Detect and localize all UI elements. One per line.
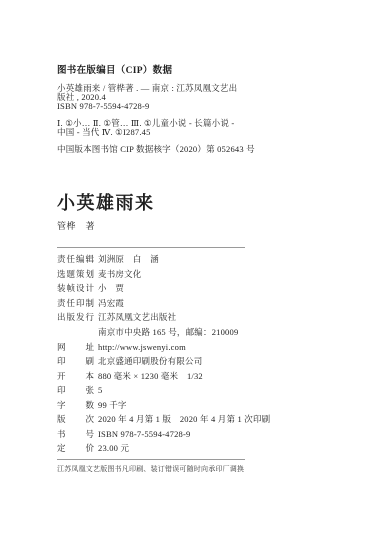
divider-bottom: [57, 459, 245, 460]
colophon-row-value: http://www.jswenyi.com: [98, 342, 186, 352]
colophon-row-label: 选题策划: [57, 268, 94, 280]
colophon-row-value: 冯宏霞: [98, 297, 124, 309]
colophon-row-label: 书号: [57, 428, 94, 440]
copyright-page: 图书在版编目（CIP）数据 小英雄雨来 / 管桦著 . — 南京 : 江苏凤凰文…: [0, 0, 375, 537]
colophon-row: 版次2020 年 4 月第 1 版 2020 年 4 月第 1 次印刷: [57, 412, 355, 427]
colophon-row-value: 880 毫米 × 1230 毫米 1/32: [98, 370, 203, 382]
colophon-row: 定价23.00 元: [57, 441, 355, 456]
colophon-row-value: 江苏凤凰文艺出版社: [98, 311, 176, 323]
colophon-row: 南京市中央路 165 号，邮编：210009: [57, 325, 355, 340]
colophon-row: 选题策划麦书房文化: [57, 267, 355, 282]
colophon-row-value: 2020 年 4 月第 1 版 2020 年 4 月第 1 次印刷: [98, 413, 270, 425]
colophon-row: 出版发行江苏凤凰文艺出版社: [57, 310, 355, 325]
colophon-row-value: 99 千字: [98, 399, 127, 411]
colophon-row: 开本880 毫米 × 1230 毫米 1/32: [57, 368, 355, 383]
colophon-row: 网址http://www.jswenyi.com: [57, 339, 355, 354]
colophon-row: 印张5: [57, 383, 355, 398]
cip-record-number: 中国版本图书馆 CIP 数据核字（2020）第 052643 号: [57, 143, 255, 155]
footer-note: 江苏凤凰文艺版图书凡印刷、装订错误可随时向承印厂调换: [57, 464, 244, 474]
colophon-row-value: 5: [98, 385, 102, 395]
colophon-row-label: 开本: [57, 370, 94, 382]
colophon-row-label: 责任编辑: [57, 253, 94, 265]
colophon-row-label: 版次: [57, 413, 94, 425]
colophon-row-label: 网址: [57, 341, 94, 353]
classification-line: 中国 - 当代 Ⅳ. ①I287.45: [57, 128, 234, 137]
colophon-row-label: 印刷: [57, 355, 94, 367]
colophon-row-value: 刘洲原 白 涵: [98, 253, 159, 265]
colophon-row-value: 23.00 元: [98, 442, 129, 454]
colophon-row-label: 定价: [57, 442, 94, 454]
colophon-row-value: 北京盛通印刷股份有限公司: [98, 355, 202, 367]
colophon-row-label: 出版发行: [57, 311, 94, 323]
colophon-row: 装帧设计小 贾: [57, 281, 355, 296]
colophon-row: 字数99 千字: [57, 397, 355, 412]
colophon-row: 印刷北京盛通印刷股份有限公司: [57, 354, 355, 369]
colophon-row: 责任印制冯宏霞: [57, 296, 355, 311]
colophon-row-label: 责任印制: [57, 297, 94, 309]
colophon-row: 责任编辑刘洲原 白 涵: [57, 252, 355, 267]
colophon-row-value: 麦书房文化: [98, 268, 142, 280]
book-title: 小英雄雨来: [57, 189, 155, 215]
book-author: 管桦 著: [57, 219, 95, 232]
colophon-row-value: ISBN 978-7-5594-4728-9: [98, 429, 190, 439]
cip-classification: Ⅰ. ①小… Ⅱ. ①管… Ⅲ. ①儿童小说 - 长篇小说 - 中国 - 当代 …: [57, 119, 234, 137]
colophon-row-label: 印张: [57, 384, 94, 396]
colophon-row-label: 装帧设计: [57, 282, 94, 294]
colophon-row-label: 字数: [57, 399, 94, 411]
colophon-row-value: 小 贾: [98, 282, 124, 294]
cip-line: ISBN 978-7-5594-4728-9: [57, 102, 237, 111]
cip-description: 小英雄雨来 / 管桦著 . — 南京 : 江苏凤凰文艺出 版社 , 2020.4…: [57, 84, 237, 111]
cip-header: 图书在版编目（CIP）数据: [57, 62, 172, 76]
colophon-row: 书号ISBN 978-7-5594-4728-9: [57, 427, 355, 442]
colophon-row-value: 南京市中央路 165 号，邮编：210009: [98, 326, 238, 338]
divider-top: [57, 247, 245, 248]
colophon-table: 责任编辑刘洲原 白 涵选题策划麦书房文化装帧设计小 贾责任印制冯宏霞出版发行江苏…: [57, 252, 355, 456]
